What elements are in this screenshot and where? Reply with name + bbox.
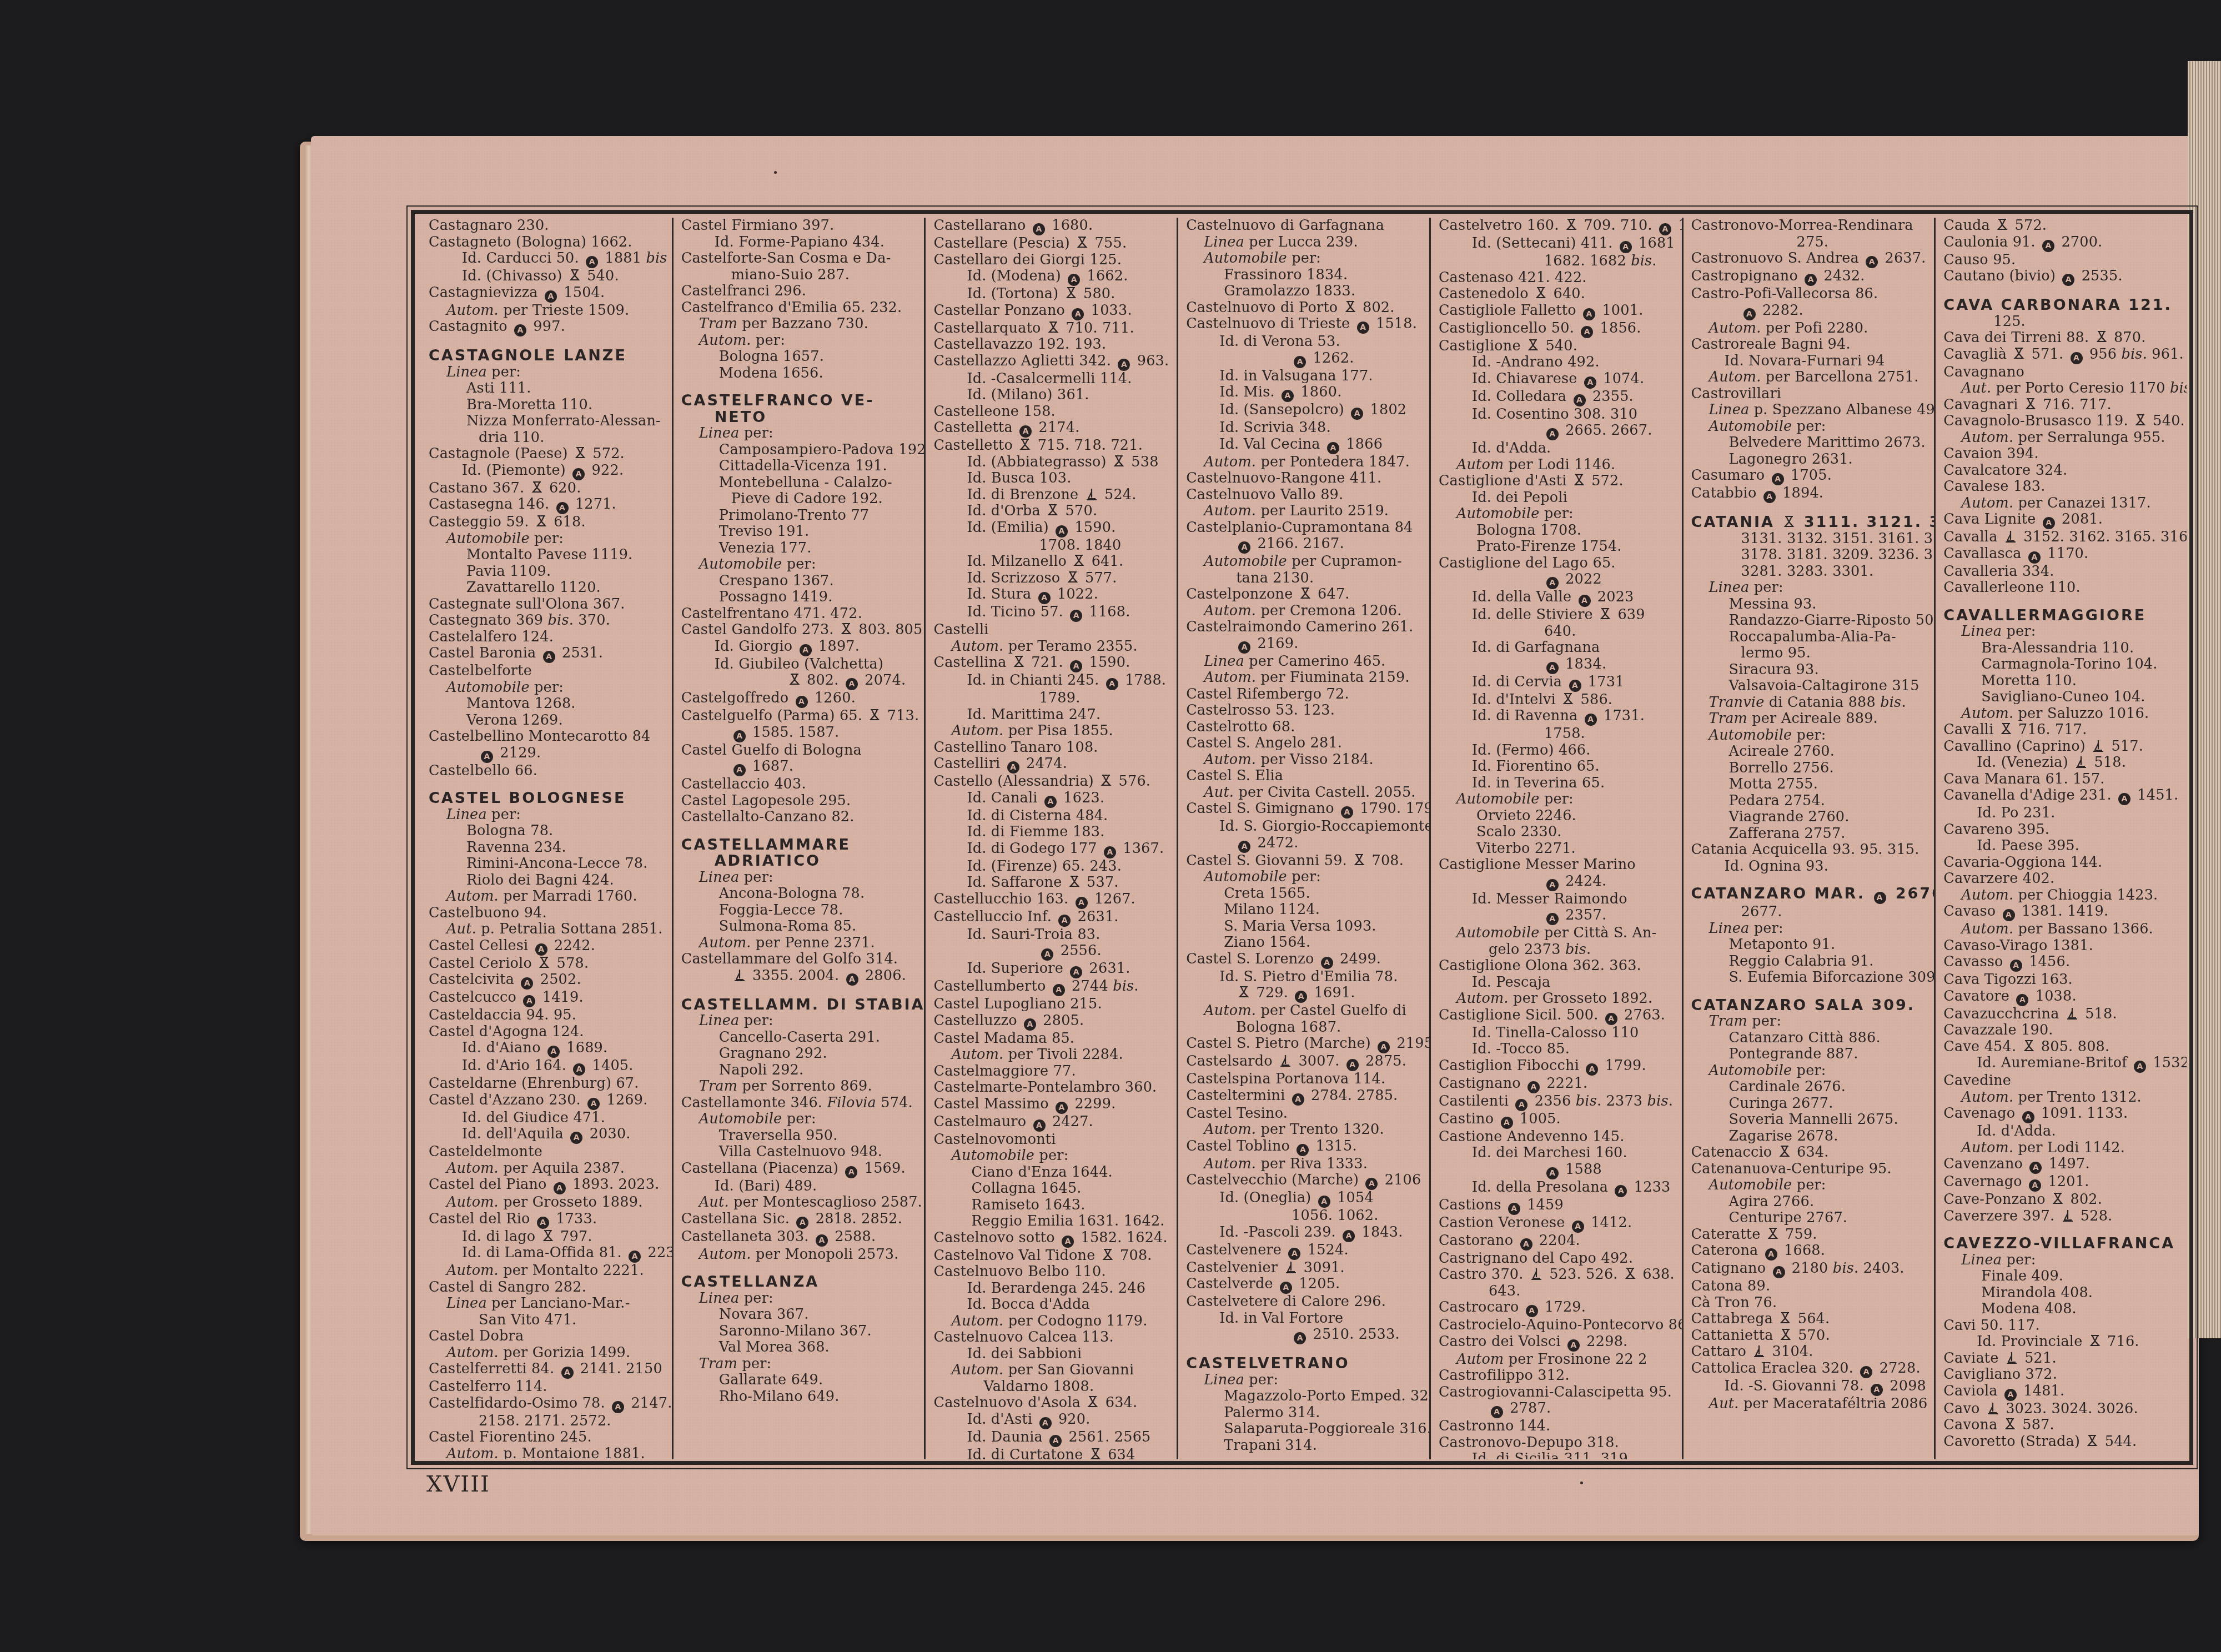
service-type-label: Autom. xyxy=(1204,1002,1256,1019)
service-type-label: Automobile xyxy=(1204,553,1287,570)
continuation-line: 3178. 3181. 3209. 3236. 3253. xyxy=(1691,547,1929,564)
service-note: Autom. per Serralunga 955. xyxy=(1943,430,2181,446)
service-note: Automobile per Città S. An- xyxy=(1439,925,1676,942)
station-bell-icon xyxy=(1562,692,1574,706)
index-sub-entry: Id. Superiore A 2631. xyxy=(933,961,1171,978)
automobile-service-icon: A xyxy=(1491,1406,1503,1418)
index-sub-entry: Id. Milzanello 641. xyxy=(933,554,1171,570)
service-note: Linea per Lucca 239. xyxy=(1186,234,1424,251)
continuation-line: 643. xyxy=(1439,1283,1676,1300)
service-note: Autom. p. Montaione 1881. xyxy=(429,1446,666,1460)
destination-item: Mirandola 408. xyxy=(1943,1285,2181,1302)
continuation-line: 640. xyxy=(1439,624,1676,640)
index-entry: Castellana Sic. A 2818. 2852. xyxy=(681,1211,919,1229)
destination-item: Valsavoia-Caltagirone 315 xyxy=(1691,678,1929,695)
station-bell-icon xyxy=(1767,1227,1778,1241)
service-note: Automobile per: xyxy=(1439,791,1676,808)
automobile-service-icon: A xyxy=(2003,909,2015,921)
continuation-line: A 1262. xyxy=(1186,350,1424,368)
navigation-anchor-icon xyxy=(2004,530,2017,543)
index-entry: Castelforte-San Cosma e Da- xyxy=(681,250,919,267)
index-entry: Cavalleria 334. xyxy=(1943,564,2181,580)
continuation-line: dria 110. xyxy=(429,430,666,446)
index-entry: Castelverde A 1205. xyxy=(1186,1276,1424,1294)
destination-item: Montebelluna - Calalzo- xyxy=(681,475,919,491)
service-type-label: Tram xyxy=(1709,710,1747,727)
index-entry: Causo 95. xyxy=(1943,252,2181,269)
destination-item: Gramolazzo 1833. xyxy=(1186,283,1424,300)
automobile-service-icon: A xyxy=(1527,1081,1540,1093)
index-sub-entry: Id. di Lama-Offida 81. A 2231 xyxy=(429,1245,666,1263)
index-entry: Castelnuovo-Rangone 411. xyxy=(1186,470,1424,487)
index-entry: Castellaccio 403. xyxy=(681,776,919,793)
destination-item: Ciano d'Enza 1644. xyxy=(933,1164,1171,1181)
navigation-anchor-icon xyxy=(1753,1344,1765,1358)
index-entry: Castellina 721. A 1590. xyxy=(933,655,1171,672)
index-entry: Castel Baronia A 2531. xyxy=(429,645,666,663)
index-entry: Cavallasca A 1170. xyxy=(1943,546,2181,564)
navigation-anchor-icon xyxy=(1279,1054,1292,1067)
destination-item: Orvieto 2246. xyxy=(1439,808,1676,825)
automobile-service-icon: A xyxy=(2042,240,2054,252)
index-entry: Castegnate sull'Olona 367. xyxy=(429,596,666,613)
index-sub-entry: Id. (Firenze) 65. 243. xyxy=(933,858,1171,875)
automobile-service-icon: A xyxy=(561,1367,574,1379)
index-entry: Cavedine xyxy=(1943,1073,2181,1089)
automobile-service-icon: A xyxy=(1238,541,1250,554)
station-bell-icon xyxy=(539,956,550,970)
station-bell-icon xyxy=(1780,1328,1791,1342)
automobile-service-icon: A xyxy=(1049,1435,1062,1447)
index-sub-entry: Id. (Fermo) 466. xyxy=(1439,742,1676,759)
index-sub-entry: Id. della Valle A 2023 xyxy=(1439,589,1676,607)
continuation-line: A 2166. 2167. xyxy=(1186,536,1424,554)
index-entry: Cavazucchcrina 518. xyxy=(1943,1006,2181,1023)
index-entry: Castagnole (Paese) 572. xyxy=(429,446,666,463)
destination-item: Zagarise 2678. xyxy=(1691,1128,1929,1145)
automobile-service-icon: A xyxy=(1053,984,1065,996)
destination-item: Mantova 1268. xyxy=(429,696,666,712)
index-sub-entry: Id. di Curtatone 634 xyxy=(933,1447,1171,1460)
automobile-service-icon: A xyxy=(1874,892,1886,904)
index-entry: Casumaro A 1705. xyxy=(1691,468,1929,485)
service-note: Linea per: xyxy=(1186,1372,1424,1389)
index-entry: Cavaion 394. xyxy=(1943,446,2181,463)
index-sub-entry: Id. Canali A 1623. xyxy=(933,790,1171,808)
automobile-service-icon: A xyxy=(1294,1332,1306,1344)
station-bell-icon xyxy=(2096,330,2107,344)
station-bell-icon xyxy=(1067,571,1078,584)
automobile-service-icon: A xyxy=(586,256,598,268)
index-sub-entry: Id. Provinciale 716. xyxy=(1943,1334,2181,1350)
continuation-line: A 1588 xyxy=(1439,1162,1676,1179)
index-entry: Castions A 1459 xyxy=(1439,1197,1676,1215)
service-type-label: Tram xyxy=(699,1078,737,1094)
index-entry: Castellalto-Canzano 82. xyxy=(681,809,919,826)
navigation-anchor-icon xyxy=(2092,739,2104,752)
service-note: Linea per: xyxy=(681,425,919,442)
index-sub-entry: Id. in Chianti 245. A 1788. xyxy=(933,672,1171,690)
continuation-line: A 2510. 2533. xyxy=(1186,1327,1424,1344)
index-sub-entry: Id. dei Pepoli xyxy=(1439,490,1676,506)
automobile-service-icon: A xyxy=(1605,1013,1617,1025)
destination-item: Magazzolo-Porto Emped. 320. xyxy=(1186,1388,1424,1405)
index-sub-entry: Id. di Fiemme 183. xyxy=(933,824,1171,841)
station-heading-cont: NETO xyxy=(681,409,919,426)
station-bell-icon xyxy=(841,622,852,636)
destination-item: Agira 2766. xyxy=(1691,1194,1929,1211)
automobile-service-icon: A xyxy=(1615,1185,1627,1197)
station-bell-icon xyxy=(1090,1448,1101,1460)
index-entry: Castel Toblino A 1315. xyxy=(1186,1138,1424,1156)
index-sub-entry: Id. Po 231. xyxy=(1943,805,2181,822)
service-note: Autom. per Tivoli 2284. xyxy=(933,1047,1171,1063)
service-note: Linea per Camerino 465. xyxy=(1186,654,1424,670)
index-entry: Cavareno 395. xyxy=(1943,822,2181,838)
index-column-5: Castelvetro 160. 709. 710. A 1546Id. (Se… xyxy=(1431,218,1684,1459)
station-bell-icon xyxy=(1300,587,1311,600)
service-note: Autom. per Aquila 2387. xyxy=(429,1161,666,1177)
service-note: Tram per: xyxy=(681,1356,919,1373)
index-sub-entry: Id. in Val Fortore xyxy=(1186,1310,1424,1327)
service-note: Tranvie di Catania 888 bis. xyxy=(1691,695,1929,711)
service-note: Autom. per Castel Guelfo di xyxy=(1186,1003,1424,1020)
station-bell-icon xyxy=(2135,414,2146,427)
service-note: Linea per: xyxy=(681,1291,919,1307)
index-sub-entry: Id. dei Marchesi 160. xyxy=(1439,1145,1676,1162)
automobile-service-icon: A xyxy=(1546,662,1559,674)
station-heading: CAVALLERMAGGIORE xyxy=(1943,607,2181,624)
automobile-service-icon: A xyxy=(1019,425,1032,438)
index-entry: Castelfranci 296. xyxy=(681,283,919,300)
service-note: Autom. per Cremona 1206. xyxy=(1186,603,1424,620)
continuation-line: A 2022 xyxy=(1439,571,1676,589)
service-note: Autom. per Penne 2371. xyxy=(681,935,919,952)
service-note: Autom. per Riva 1333. xyxy=(1186,1156,1424,1173)
index-entry: Casteldarne (Ehrenburg) 67. xyxy=(429,1076,666,1092)
continuation-line: A 2665. 2667. xyxy=(1439,423,1676,440)
index-sub-entry: Id. di Godego 177 A 1367. xyxy=(933,841,1171,858)
service-note: Autom. per Monopoli 2573. xyxy=(681,1247,919,1263)
navigation-anchor-icon xyxy=(2062,1209,2074,1222)
service-note: Autom. per Gorizia 1499. xyxy=(429,1345,666,1362)
index-entry: Castel S. Lorenzo A 2499. xyxy=(1186,951,1424,969)
automobile-service-icon: A xyxy=(1341,806,1353,819)
station-bell-icon xyxy=(1997,218,2008,232)
index-entry: Castelferretti 84. A 2141. 2150 xyxy=(429,1361,666,1379)
index-column-2: Castel Firmiano 397.Id. Forme-Papiano 43… xyxy=(674,218,926,1459)
automobile-service-icon: A xyxy=(1501,1117,1513,1129)
service-type-label: Autom. xyxy=(699,1246,751,1263)
service-note: Linea per: xyxy=(1943,1252,2181,1269)
service-type-label: Autom xyxy=(1456,456,1504,473)
destination-item: Reggio Emilia 1631. 1642. xyxy=(933,1213,1171,1230)
index-sub-entry: Id. Stura A 1022. xyxy=(933,586,1171,604)
automobile-service-icon: A xyxy=(523,995,535,1007)
destination-item: Borrello 2756. xyxy=(1691,760,1929,777)
destination-item: Pedara 2754. xyxy=(1691,793,1929,810)
continuation-line: A 2129. xyxy=(429,745,666,763)
index-sub-entry: Id. delle Stiviere 639 xyxy=(1439,607,1676,624)
index-entry: Castelnuovo di Trieste A 1518. xyxy=(1186,316,1424,334)
index-entry: Catenanuova-Centuripe 95. xyxy=(1691,1161,1929,1178)
service-type-label: Autom. xyxy=(951,722,1003,739)
service-type-label: Automobile xyxy=(1709,1177,1792,1193)
continuation-line: 1708. 1840 xyxy=(933,538,1171,554)
destination-item: Pontegrande 887. xyxy=(1691,1046,1929,1063)
index-entry: Cavalcatore 324. xyxy=(1943,463,2181,479)
index-entry: Castel Rifembergo 72. xyxy=(1186,686,1424,703)
index-column-4: Castelnuovo di GarfagnanaLinea per Lucca… xyxy=(1178,218,1431,1459)
index-entry: Castione Andevenno 145. xyxy=(1439,1129,1676,1146)
index-entry: Castellumberto A 2744 bis. xyxy=(933,978,1171,996)
navigation-anchor-icon xyxy=(733,968,746,982)
navigation-anchor-icon xyxy=(1086,488,1098,501)
paper-speck xyxy=(1580,1482,1583,1484)
index-sub-entry: Id. (Emilia) A 1590. xyxy=(933,520,1171,538)
station-bell-icon xyxy=(1101,774,1112,787)
index-entry: Castel Cellesi A 2242. xyxy=(429,938,666,956)
service-note: Tram per Sorrento 869. xyxy=(681,1078,919,1095)
index-sub-entry: Id. d'Orba 570. xyxy=(933,503,1171,520)
destination-item: Acireale 2760. xyxy=(1691,744,1929,760)
service-note: Tram per: xyxy=(1691,1013,1929,1030)
service-type-label: Linea xyxy=(1204,653,1244,670)
service-type-label: Automobile xyxy=(446,679,530,696)
index-column-3: Castellarano A 1680.Castellare (Pescia) … xyxy=(926,218,1178,1459)
index-entry: Castel d'Azzano 230. A 1269. xyxy=(429,1092,666,1110)
index-entry: Castelnuovo di Porto 802. xyxy=(1186,300,1424,317)
automobile-service-icon: A xyxy=(1288,1248,1300,1260)
automobile-service-icon: A xyxy=(845,1166,857,1178)
destination-item: Modena 408. xyxy=(1943,1301,2181,1318)
continuation-line: 1056. 1062. xyxy=(1186,1208,1424,1224)
destination-item: Messina 93. xyxy=(1691,596,1929,613)
automobile-service-icon: A xyxy=(547,1046,560,1058)
continuation-line: A 2472. xyxy=(1186,835,1424,853)
index-entry: Cave-Ponzano 802. xyxy=(1943,1192,2181,1208)
service-type-label: Autom. xyxy=(1456,990,1509,1007)
automobile-service-icon: A xyxy=(545,290,557,303)
continuation-line: A 2556. xyxy=(933,943,1171,961)
index-entry: Castelfidardo-Osimo 78. A 2147. xyxy=(429,1395,666,1413)
index-entry: Caulonia 91. A 2700. xyxy=(1943,234,2181,252)
index-entry: Castello (Alessandria) 576. xyxy=(933,774,1171,790)
index-entry: Castellino Tanaro 108. xyxy=(933,740,1171,756)
index-entry: Castelli xyxy=(933,622,1171,639)
service-type-label: Autom. xyxy=(1961,495,2013,511)
continuation-line: lermo 95. xyxy=(1691,645,1929,662)
index-sub-entry: Id. Paese 395. xyxy=(1943,838,2181,855)
destination-item: Frassinoro 1834. xyxy=(1186,267,1424,284)
service-note: Aut. p. Petralia Sottana 2851. xyxy=(429,921,666,938)
station-bell-icon xyxy=(1019,438,1031,451)
service-note: Autom. per Bassano 1366. xyxy=(1943,921,2181,938)
continuation-line: miano-Suio 287. xyxy=(681,267,919,284)
station-bell-icon xyxy=(1047,504,1058,517)
automobile-service-icon: A xyxy=(1860,1366,1872,1378)
index-entry: Castenaso 421. 422. xyxy=(1439,270,1676,287)
destination-item: Roccapalumba-Alia-Pa- xyxy=(1691,629,1929,646)
index-entry: Castasegna 146. A 1271. xyxy=(429,496,666,514)
service-type-label: Automobile xyxy=(1456,925,1540,941)
station-heading: CASTELLAMM. DI STABIA xyxy=(681,997,919,1013)
index-entry: Castellamonte 346. Filovia 574. xyxy=(681,1095,919,1112)
index-entry: Castorano A 2204. xyxy=(1439,1233,1676,1251)
destination-item: Metaponto 91. xyxy=(1691,937,1929,953)
service-type-label: Automobile xyxy=(1456,791,1540,807)
automobile-service-icon: A xyxy=(796,1217,808,1229)
automobile-service-icon: A xyxy=(733,730,746,742)
automobile-service-icon: A xyxy=(587,1098,600,1110)
automobile-service-icon: A xyxy=(846,678,858,690)
service-type-label: Automobile xyxy=(1709,1062,1792,1079)
automobile-service-icon: A xyxy=(2071,352,2083,364)
index-entry: Cavaso-Virago 1381. xyxy=(1943,938,2181,955)
index-entry: Cavo 3023. 3024. 3026. xyxy=(1943,1401,2181,1418)
index-entry: Castelletta A 2174. xyxy=(933,420,1171,438)
automobile-service-icon: A xyxy=(1572,1221,1584,1233)
continuation-line: Valdarno 1808. xyxy=(933,1379,1171,1395)
service-type-label: Linea xyxy=(1961,1252,2002,1268)
service-type-label: Linea xyxy=(1709,401,1750,418)
destination-item: Riolo dei Bagni 424. xyxy=(429,872,666,889)
service-type-label: Linea xyxy=(1709,920,1750,937)
service-note: Tram per Acireale 889. xyxy=(1691,711,1929,727)
service-type-label: Aut. xyxy=(1961,380,1991,396)
index-entry: Castiglione del Lago 65. xyxy=(1439,555,1676,572)
automobile-service-icon: A xyxy=(816,1234,828,1247)
service-type-label: Linea xyxy=(699,869,740,886)
index-entry: Castiglioncello 50. A 1856. xyxy=(1439,320,1676,338)
index-entry: Cavaso A 1381. 1419. xyxy=(1943,903,2181,921)
index-sub-entry: Id. di lago 797. xyxy=(429,1229,666,1246)
index-entry: Castelrotto 68. xyxy=(1186,719,1424,736)
index-entry: Castelgoffredo A 1260. xyxy=(681,690,919,708)
index-sub-entry: Id. Pescaja xyxy=(1439,975,1676,991)
automobile-service-icon: A xyxy=(1586,1063,1598,1076)
index-entry: Castel Guelfo di Bologna xyxy=(681,742,919,759)
index-entry: Castelbellino Montecarotto 84 xyxy=(429,729,666,745)
destination-item: Pavia 1109. xyxy=(429,564,666,580)
automobile-service-icon: A xyxy=(1520,1238,1532,1251)
service-note: Linea per: xyxy=(1691,921,1929,937)
service-note: Autom. per Saluzzo 1016. xyxy=(1943,706,2181,722)
automobile-service-icon: A xyxy=(556,502,569,514)
continuation-line: Pieve di Cadore 192. xyxy=(681,491,919,508)
station-heading: CASTELFRANCO VE- xyxy=(681,393,919,409)
automobile-service-icon: A xyxy=(1620,241,1632,253)
station-heading-cont: ADRIATICO xyxy=(681,853,919,870)
continuation-line: San Vito 471. xyxy=(429,1312,666,1329)
index-entry: Castiglione d'Asti 572. xyxy=(1439,473,1676,490)
index-columns: Castagnaro 230.Castagneto (Bologna) 1662… xyxy=(421,218,2187,1459)
automobile-service-icon: A xyxy=(1659,223,1671,235)
index-entry: Cavalli 716. 717. xyxy=(1943,722,2181,739)
index-sub-entry: Id. d'Ario 164. A 1405. xyxy=(429,1058,666,1076)
automobile-service-icon: A xyxy=(1280,1282,1292,1294)
index-entry: Cave 454. 805. 808. xyxy=(1943,1039,2181,1056)
automobile-service-icon: A xyxy=(1866,256,1878,268)
index-entry: Cavigliano 372. xyxy=(1943,1367,2181,1383)
service-type-label: Autom. xyxy=(699,332,751,349)
service-type-label: Linea xyxy=(1709,579,1750,596)
service-note: Autom. per Trento 1312. xyxy=(1943,1089,2181,1106)
station-bell-icon xyxy=(2004,1418,2016,1431)
service-type-label: Autom. xyxy=(1961,921,2013,937)
index-sub-entry: Id. -Andrano 492. xyxy=(1439,354,1676,371)
automobile-service-icon: A xyxy=(1294,356,1306,368)
service-note: Autom. per Chioggia 1423. xyxy=(1943,887,2181,904)
index-entry: Castel Madama 85. xyxy=(933,1031,1171,1047)
automobile-service-icon: A xyxy=(2010,960,2022,972)
service-type-label: Autom. xyxy=(699,935,751,951)
service-type-label: Linea xyxy=(1204,1372,1244,1388)
station-bell-icon xyxy=(1600,607,1611,621)
index-sub-entry: Id. Auremiane-Britof A 1532 xyxy=(1943,1055,2181,1073)
index-entry: Castel Dobra xyxy=(429,1328,666,1345)
index-entry: Castel del Rio A 1733. xyxy=(429,1211,666,1229)
station-bell-icon xyxy=(575,446,586,460)
index-entry: Castelrosso 53. 123. xyxy=(1186,702,1424,719)
continuation-line: 802. A 2074. xyxy=(681,672,919,690)
service-type-label: Automobile xyxy=(1204,868,1287,885)
index-entry: Castelluzzo A 2805. xyxy=(933,1013,1171,1031)
index-sub-entry: Id. (Venezia) 518. xyxy=(1943,755,2181,771)
destination-item: Modena 1656. xyxy=(681,365,919,382)
service-note: Tram per Bazzano 730. xyxy=(681,316,919,333)
service-type-label: Autom. xyxy=(446,1194,499,1211)
automobile-service-icon: A xyxy=(1104,846,1116,858)
continuation-line: 3281. 3283. 3301. xyxy=(1691,564,1929,580)
service-type-label: Autom. xyxy=(446,1344,499,1361)
index-entry: Castelsardo 3007. A 2875. xyxy=(1186,1053,1424,1071)
automobile-service-icon: A xyxy=(1351,408,1363,420)
service-note: Autom. per Codogno 1179. xyxy=(933,1313,1171,1330)
automobile-service-icon: A xyxy=(1546,577,1559,589)
continuation-line: 125. xyxy=(1943,314,2181,330)
automobile-service-icon: A xyxy=(733,764,746,776)
station-bell-icon xyxy=(569,269,580,282)
service-type-label: Autom. xyxy=(446,1160,499,1177)
index-sub-entry: Id. S. Pietro d'Emilia 78. xyxy=(1186,969,1424,986)
automobile-service-icon: A xyxy=(1574,394,1586,406)
continuation-line: A 2357. xyxy=(1439,907,1676,925)
service-type-label: Automobile xyxy=(1204,250,1287,267)
index-entry: Castellaneta 303. A 2588. xyxy=(681,1229,919,1247)
service-note: Automobile per: xyxy=(1186,869,1424,886)
service-note: Autom. per Pofi 2280. xyxy=(1691,320,1929,337)
index-entry: Cavona 587. xyxy=(1943,1417,2181,1434)
automobile-service-icon: A xyxy=(1106,678,1118,690)
station-bell-icon xyxy=(1779,1145,1790,1158)
index-sub-entry: Id. del Giudice 471. xyxy=(429,1110,666,1127)
continuation-line: 729. A 1691. xyxy=(1186,985,1424,1003)
service-type-label: Autom. xyxy=(446,1262,499,1279)
automobile-service-icon: A xyxy=(1508,1203,1520,1215)
service-type-label: Linea xyxy=(446,806,487,823)
destination-item: Ramiseto 1643. xyxy=(933,1197,1171,1214)
index-sub-entry: Id. Val Cecina A 1866 xyxy=(1186,436,1424,454)
station-heading: CAVEZZO-VILLAFRANCA xyxy=(1943,1236,2181,1252)
service-type-label: Tranvie xyxy=(1709,694,1765,711)
automobile-service-icon: A xyxy=(1583,308,1595,320)
destination-item: Rho-Milano 649. xyxy=(681,1389,919,1405)
service-note: Autom. per Fiuminata 2159. xyxy=(1186,670,1424,686)
index-sub-entry: Id. (Settecani) 411. A 1681 xyxy=(1439,235,1676,253)
index-sub-entry: Id. d'Aiano A 1689. xyxy=(429,1040,666,1058)
automobile-service-icon: A xyxy=(1569,680,1581,692)
